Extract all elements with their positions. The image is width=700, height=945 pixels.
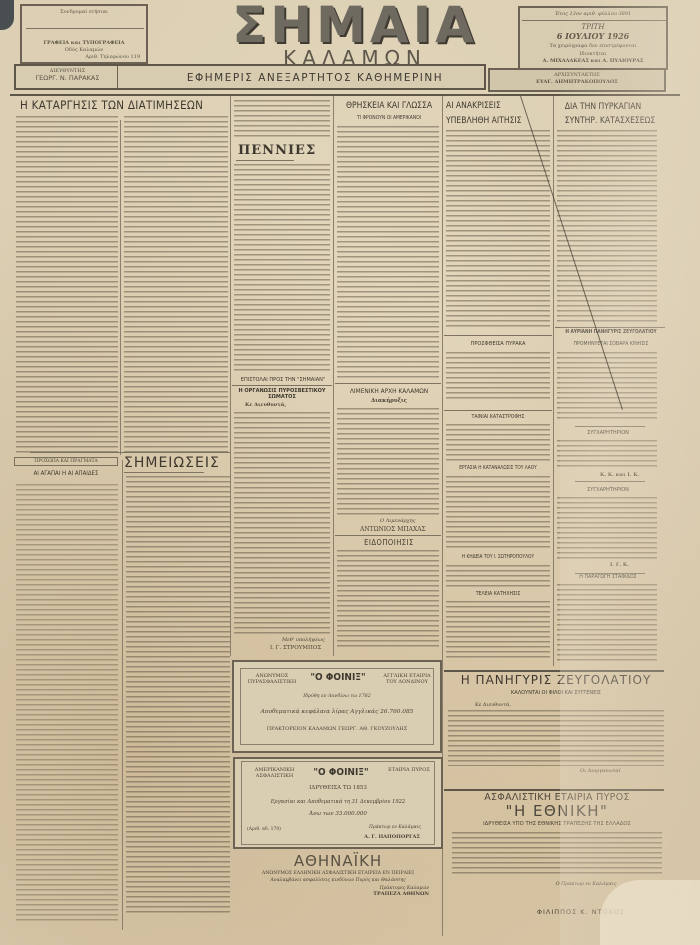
letter-signature: Ι. Γ. ΣΤΡΟΥΜΠΟΣ (270, 645, 321, 651)
subscription-box: Συνδρομαί ετήσιαι ΓΡΑΦΕΙΑ και ΤΥΠΟΓΡΑΦΕΙ… (20, 4, 148, 64)
ad-ethniki-name: "Η ΕΘΝΙΚΗ" (446, 803, 668, 820)
ad-ethniki-subtitle: ΙΔΡΥΘΕΙΣΑ ΥΠΟ ΤΗΣ ΕΘΝΙΚΗΣ ΤΡΑΠΕΖΗΣ ΤΗΣ Ε… (446, 821, 668, 827)
ad-phoenix-london-capital: Αποθεματικά κεφάλαια λίρας Αγγλικάς 26.7… (234, 709, 440, 715)
letters-heading: ΕΠΙΣΤΟΛΑΙ ΠΡΟΣ ΤΗΝ "ΣΗΜΑΙΑΝ" (234, 377, 332, 383)
article-headline-funeral: Η ΚΗΔΕΙΑ ΤΟΥ Ι. ΣΩΤΗΡΟΠΟΥΛΟΥ (446, 555, 550, 560)
article-headline-abolition: Η ΚΑΤΑΡΓΗΣΙΣ ΤΩΝ ΔΙΑΤΙΜΗΣΕΩΝ (20, 98, 230, 112)
article-body-funeral (446, 565, 550, 587)
article-headline-fire: ΔΙΑ ΤΗΝ ΠΥΡΚΑΓΙΑΝ (528, 102, 678, 112)
article-subhead-friends: ΚΑΛΟΥΝΤΑΙ ΟΙ ΦΙΛΟΙ ΚΑΙ ΣΥΓΓΕΝΕΙΣ (446, 690, 666, 696)
article-body-investigations (446, 130, 550, 330)
ad-athinaiki-name: ΑΘΗΝΑΪΚΗ (233, 852, 443, 870)
port-signature: ΑΝΤΩΝΙΟΣ ΜΠΑΧΑΣ (360, 526, 426, 533)
director-name: ΓΕΩΡΓ. Ν. ΠΑΡΑΚΑΣ (18, 75, 117, 82)
article-headline-congratulations-2: ΣΥΓΧΑΡΗΤΗΡΙΟΝ (556, 487, 660, 493)
weekday: ΤΡΙΤΗ (520, 24, 666, 31)
offices-line: ΓΡΑΦΕΙΑ και ΤΥΠΟΓΡΑΦΕΙΑ (22, 40, 146, 47)
congratulations-2-signature: Ι. Γ. Κ. (610, 562, 629, 568)
article-headline-fire-brigade: Η ΟΡΓΑΝΩΣΙΣ ΠΥΡΟΣΒΕΣΤΙΚΟΥ ΣΩΜΑΤΟΣ (232, 388, 332, 400)
address-line: Οδός Καλαμών (22, 47, 146, 54)
ad-phoenix-london-founded: Ιδρύθη εν Λονδίνω τω 1782 (234, 694, 440, 699)
article-body-labor (446, 476, 550, 548)
article-headline-notes: ΣΗΜΕΙΩΣΕΙΣ (124, 455, 220, 471)
ad-phoenix-london-left: ΑΝΩΝΥΜΟΣ ΠΥΡΑΣΦΑΛΙΣΤΙΚΗ (246, 673, 298, 685)
ad-phoenix-london-right: ΑΓΓΛΙΚΗ ΕΤΑΙΡΙΑ ΤΟΥ ΛΟΝΔΙΝΟΥ (380, 673, 434, 685)
masthead-title: ΣΗΜΑΙΑ (215, 0, 495, 50)
article-subhead-movement: ΠΡΟΜΗΝΥΕΤΑΙ ΣΟΒΑΡΑ ΚΙΝΗΣΙΣ (556, 341, 666, 347)
article-headline-festival-tomorrow: Η ΑΥΡΙΑΝΗ ΠΑΝΗΓΥΡΙΣ ΖΕΥΓΟΛΑΤΙΟΥ (556, 330, 666, 335)
article-body-col3-top (234, 100, 330, 138)
article-headline-labor: ΕΡΓΑΣΙΑ Η ΚΑΤΑΝΑΛΩΣΙΣ ΤΟΥ ΛΑΟΥ (446, 466, 550, 471)
article-body-pyraka (446, 352, 550, 402)
ad-phoenix-london-agency: ΠΡΑΚΤΟΡΕΙΟΝ ΚΑΛΑΜΩΝ ΓΕΩΡΓ. ΑΘ. ΓΚΟΥΖΟΥΛΗ… (234, 726, 440, 732)
ad-athinaiki-agents: ΤΡΑΠΕΖΑ ΑΘΗΝΩΝ (233, 891, 443, 897)
article-headline-catechesis: ΤΕΛΕΙΑ ΚΑΤΗΧΗΣΙΣ (446, 591, 550, 597)
ad-athinaiki-subtitle: ΑΝΩΝΥΜΟΣ ΕΛΛΗΝΙΚΗ ΑΣΦΑΛΙΣΤΙΚΗ ΕΤΑΙΡΕΙΑ Ε… (233, 871, 443, 876)
ad-phoenix-american-capital: Άνω των 33.000.000 (235, 811, 441, 817)
festival-greeting: Κε Διευθυντά, (475, 702, 511, 708)
ad-athinaiki-body: Αναλαμβάνει ασφαλίσεις κινδύνων Πυρός κα… (233, 878, 443, 883)
article-body-congratulations-1 (557, 440, 657, 470)
persons-kicker: ΠΡΟΣΩΠΑ ΚΑΙ ΠΡΑΓΜΑΤΑ (15, 458, 117, 466)
ad-athinaiki: ΑΘΗΝΑΪΚΗ ΑΝΩΝΥΜΟΣ ΕΛΛΗΝΙΚΗ ΑΣΦΑΛΙΣΤΙΚΗ Ε… (233, 852, 443, 922)
article-headline-notice: ΕΙΔΟΠΟΙΗΣΙΣ (336, 538, 442, 547)
editor-label: ΑΡΧΙΣΥΝΤΑΚΤΗΣ (490, 72, 664, 79)
ad-phoenix-american-right: ΕΤΑΙΡΙΑ ΠΥΡΟΣ (385, 767, 433, 773)
ad-phoenix-london: ΑΝΩΝΥΜΟΣ ΠΥΡΑΣΦΑΛΙΣΤΙΚΗ "Ο ΦΟΙΝΙΞ" ΑΓΓΛΙ… (232, 660, 442, 753)
article-body-port-authority (337, 408, 439, 516)
article-body-notice (337, 550, 439, 650)
owners-label: Ιδιοκτήται (520, 51, 666, 58)
paper-tear-corner (0, 0, 14, 30)
article-subhead-americans: ΤΙ ΦΡΟΝΟΥΝ ΟΙ ΑΜΕΡΙΚΑΝΟΙ (336, 115, 442, 121)
article-body-notes (126, 476, 230, 916)
ad-phoenix-american-agent: Α. Γ. ΠΑΠΟΠΟΡΓΑΣ (347, 834, 437, 840)
article-headline-raisin-production: Η ΠΑΡΑΓΩΓΗ ΣΤΑΦΙΔΟΣ (556, 574, 660, 580)
ad-phoenix-american-founded: ΙΔΡΥΘΕΙΣΑ ΤΩ 1853 (235, 785, 441, 791)
phone-line: Αριθ. Τηλεφώνου 119 (22, 54, 146, 61)
article-headline-disaster-films: ΤΑΙΝΙΑΙ ΚΑΤΑΣΤΡΟΦΗΣ (446, 414, 550, 420)
article-body-religion (337, 126, 439, 378)
article-body-fire-brigade (234, 412, 330, 634)
issue-number: Έτος 13ον αριθ. φύλλου 3891 (520, 11, 666, 18)
article-body-zevgolatio (448, 710, 664, 766)
article-body-disaster-films (446, 424, 550, 462)
festival-signature: Οι Διοργανωταί (580, 768, 621, 774)
article-subhead-proclamation: Διακήρυξις (336, 398, 442, 404)
article-body-abolition-col2 (124, 116, 228, 456)
ad-phoenix-american-agent-label: Πράκτωρ εν Καλάμαις (355, 825, 435, 830)
article-headline-port-authority: ΛΙΜΕΝΙΚΗ ΑΡΧΗ ΚΑΛΑΜΩΝ (336, 387, 442, 395)
article-headline-loves: ΑΙ ΑΓΑΠΑΙ Η ΑΙ ΑΠΑΙΔΕΣ (14, 470, 118, 477)
article-body-catechesis (446, 601, 550, 661)
subscription-line: Συνδρομαί ετήσιαι (22, 9, 146, 16)
ad-phoenix-american-capital-line: Εργασίαι και Αποθεματικά τη 31 Δεκεμβρίο… (235, 799, 441, 805)
letter-signature-label: Μεθ' υπολήψεως (282, 637, 325, 643)
article-body-loves (16, 484, 118, 924)
editor-box: ΑΡΧΙΣΥΝΤΑΚΤΗΣ ΕΥΑΓ. ΔΗΜΗΤΡΑΚΟΠΟΥΛΟΣ (488, 68, 666, 92)
article-body-fire (557, 130, 657, 325)
owners: Α. ΜΙΧΑΛΑΚΕΑΣ και Α. ΠΥΛΙΟΥΡΑΣ (520, 58, 666, 65)
ad-phoenix-american-name: "Ο ΦΟΙΝΙΞ" (301, 767, 381, 778)
manuscripts-note: Τα χειρόγραφα δεν επιστρέφονται (520, 43, 666, 50)
article-body-congratulations-2 (557, 497, 657, 562)
article-body-raisin-production (557, 584, 657, 662)
article-headline-pyraka: ΠΡΟΣΦΘΕΙΣΑ ΠΥΡΑΚΑ (446, 341, 550, 347)
editor-name: ΕΥΑΓ. ΔΗΜΗΤΡΑΚΟΠΟΥΛΟΣ (490, 79, 664, 86)
ad-ethniki-body (452, 832, 662, 876)
ad-phoenix-american-permit: (Αριθ. αδ. 170) (247, 827, 281, 832)
port-signature-label: Ο Λιμενάρχης (380, 518, 415, 524)
tagline: ΕΦΗΜΕΡΙΣ ΑΝΕΞΑΡΤΗΤΟΣ ΚΑΘΗΜΕΡΙΝΗ (155, 72, 475, 84)
ad-phoenix-american: ΑΜΕΡΙΚΑΝΙΚΗ ΑΣΦΑΛΙΣΤΙΚΗ "Ο ΦΟΙΝΙΞ" ΕΤΑΙΡ… (233, 757, 443, 849)
article-subhead-seizure: ΣΥΝΤΗΡ. ΚΑΤΑΣΧΕΣΕΩΣ (540, 116, 680, 126)
ad-phoenix-london-name: "Ο ΦΟΙΝΙΞ" (298, 672, 378, 683)
persons-and-things-label: ΠΡΟΣΩΠΑ ΚΑΙ ΠΡΑΓΜΑΤΑ (14, 457, 118, 466)
article-body-pennies (234, 164, 330, 374)
article-headline-pennies: ΠΕΝΝΙΕΣ (238, 143, 316, 158)
article-headline-zevgolatio: Η ΠΑΝΗΓΥΡΙΣ ΖΕΥΓΟΛΑΤΙΟΥ (446, 673, 666, 687)
newspaper-page: Συνδρομαί ετήσιαι ΓΡΑΦΕΙΑ και ΤΥΠΟΓΡΑΦΕΙ… (0, 0, 700, 945)
letter-greeting: Κε Διευθυντά, (245, 402, 286, 408)
article-headline-congratulations-1: ΣΥΓΧΑΡΗΤΗΡΙΟΝ (556, 430, 660, 436)
article-headline-religion: ΘΡΗΣΚΕΙΑ ΚΑΙ ΓΛΩΣΣΑ (336, 101, 442, 111)
date-box: Έτος 13ον αριθ. φύλλου 3891 ΤΡΙΤΗ 6 ΙΟΥΛ… (518, 6, 668, 70)
director-cell: ΔΙΕΥΘΥΝΤΗΣ ΓΕΩΡΓ. Ν. ΠΑΡΑΚΑΣ (18, 66, 118, 88)
paper-crease (600, 880, 700, 945)
congratulations-1-signature: Κ. Κ. και Ι. Κ. (600, 472, 639, 478)
ad-phoenix-american-left: ΑΜΕΡΙΚΑΝΙΚΗ ΑΣΦΑΛΙΣΤΙΚΗ (247, 767, 302, 779)
issue-date: 6 ΙΟΥΛΙΟΥ 1926 (520, 31, 666, 41)
article-body-abolition-col1 (16, 116, 118, 454)
